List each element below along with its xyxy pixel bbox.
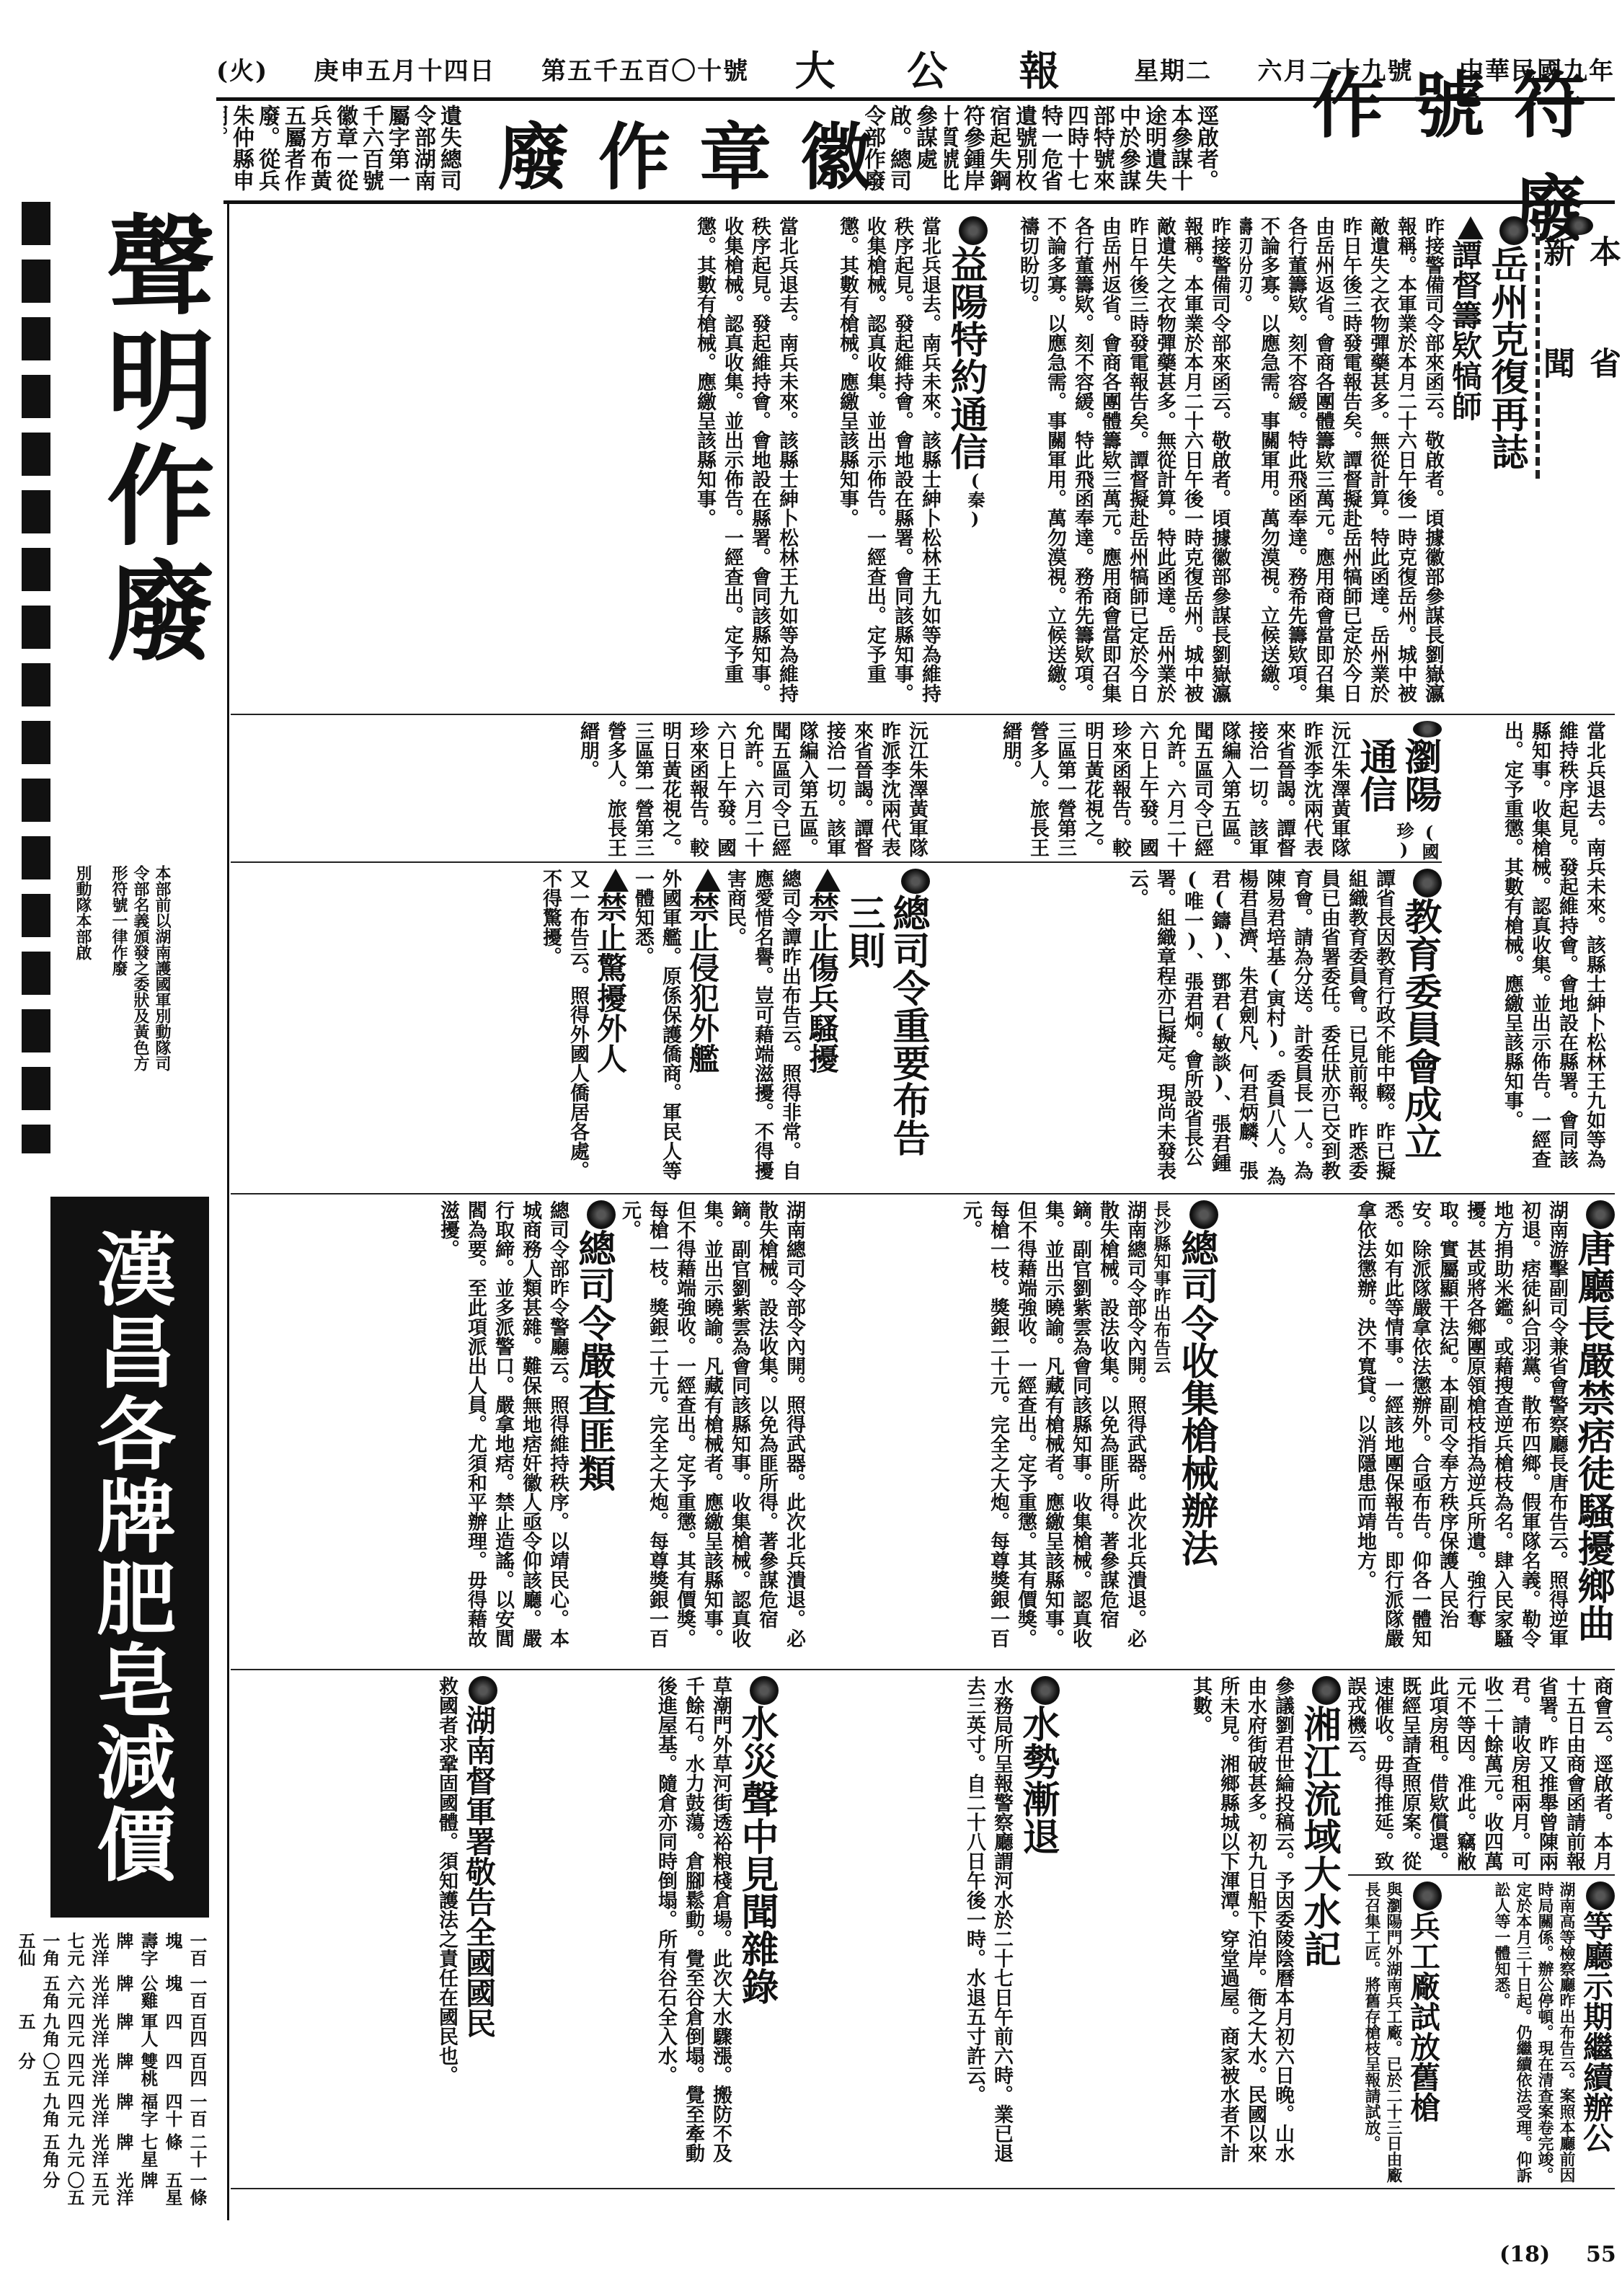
ad-statement-void-signature: 別動隊本部啟 (72, 865, 94, 1081)
ad-soap: 漢昌各牌肥皂減價廣告 一百塊 壽字牌 光洋七元一角五仙 一百塊 公雞牌 光洋六元… (22, 1197, 223, 2206)
article-body: 草潮門外草河街透裕粮棧倉場。此次大水驟漲。搬防不及千餘石。水力鼓蕩。倉腳鬆動。覺… (652, 1676, 734, 2181)
section-chain-decoration (1535, 223, 1540, 483)
ad-soap-title: 漢昌各牌肥皂減價廣告 (50, 1197, 209, 1918)
proclamation-title: 禁止驚擾外人 (591, 892, 629, 1073)
triangle-bullet-icon (603, 869, 629, 892)
row-rule-4 (231, 1669, 1615, 1670)
article-arms-cont: 湖南總司令部令內開。照得武器。此次北兵潰退。必散失槍械。設法收集。以免為匪所得。… (616, 1200, 807, 1662)
article-arsenal: 兵工廠試放舊槍 與瀏陽門外湖南兵工廠。已於二十三日由廠長召集工匠。將舊存槍枝呈報… (1348, 1881, 1442, 2184)
article-headline: 水災聲中見聞雜錄 (734, 1705, 779, 2005)
article-court: 等廳示期繼續辦公 湖南高等檢察廳昨出布告云。案照本廳前因時局關係。辦公停頓。現在… (1449, 1881, 1615, 2184)
article-bullet-icon (1031, 1676, 1060, 1705)
article-body: 湖南高等檢察廳昨出布告云。案照本廳前因時局關係。辦公停頓。現在清查案卷完竣。定於… (1491, 1881, 1577, 2184)
price-row: 一百四十 福字牌 光洋四元九角 (50, 2093, 209, 2130)
ad-statement-void: 聲明作廢 本部前以湖南護國軍別動隊司令部名義頒發之委狀及黃色方形符號一律作廢 別… (7, 180, 223, 1175)
article-headline: 教育委員會成立 (1397, 897, 1442, 1160)
bottom-rule (231, 2188, 1615, 2189)
article-subhead: 譚督籌欵犒師 (1446, 239, 1484, 421)
article-bullet-icon (959, 216, 988, 245)
article-body: 與瀏陽門外湖南兵工廠。已於二十三日由廠長召集工匠。將舊存槍枝呈報請試放。 (1361, 1881, 1404, 2184)
masthead-paper-name: 大 公 報 (795, 40, 1089, 97)
article-yuezhou: 岳州克復再誌 譚督籌欵犒師 昨接警備司令部來函云。敬啟者。頃據徽部參謀長劉嶽瀛報… (1240, 216, 1528, 706)
ad-statement-void-title: 聲明作廢 (87, 209, 216, 670)
article-body: 參議劉君世綸投稿云。予因委陵陰曆本月初六日晚。山水由水府街破甚多。初九日船下泊岸… (1187, 1676, 1296, 2181)
article-headline: 湖南督軍署敬告全國國民 (460, 1705, 497, 2038)
ad-badge-void-title: 徽章作廢 (497, 99, 901, 203)
article-bullet-icon (1413, 869, 1442, 897)
price-row: 百四四 軍人牌 光洋四元九角五 (50, 2013, 209, 2050)
row-rule-5 (1348, 1874, 1615, 1876)
article-body: 水務局所呈報警察廳謂河水於二十七日午前六時。業已退去三英寸。自二十八日午後一時。… (960, 1676, 1015, 2181)
proclamation-body: 又一布告云。照得外國人僑居各處。不得驚擾。 (536, 869, 591, 1186)
row-rule-1 (231, 714, 1615, 715)
page-index: (18) (1499, 2242, 1550, 2267)
article-bullet-icon (1413, 1881, 1442, 1910)
masthead-weekday: 星期二 (1134, 51, 1212, 87)
price-row: 百四四 雙桃牌 光洋四元〇五分 (50, 2052, 209, 2090)
page-number: 55 (1586, 2242, 1616, 2267)
article-bullet-icon (1586, 1881, 1615, 1910)
article-governor-notice: 湖南督軍署敬告全國國民 救國者求鞏固國體。須知護法之責任在國民也。 (238, 1676, 497, 2181)
article-flood-misc: 水災聲中見聞雜錄 草潮門外草河街透裕粮棧倉場。此次大水驟漲。搬防不及千餘石。水力… (505, 1676, 779, 2181)
row-rule-2 (231, 861, 1442, 863)
article-body: 總司令部昨令警廳云。照得維持秩序。以靖民心。本城商務人類甚雜。難保無地痞奸徽人亟… (434, 1200, 571, 1662)
banner-rule (223, 200, 1615, 204)
price-row: 一百塊 壽字牌 光洋七元一角五仙 (50, 1932, 209, 1972)
article-body: 譚省長因教育行政不能中輟。昨已擬組織教育委員會。已見前報。昨悉委員已由省署委任。… (1123, 869, 1397, 1186)
ad-badge-void-body-a: 參謀處啟。總司令部作廢聲明。茲於本月二十七號遺失湖南總司令部徽章一枚。特此聲明作… (865, 105, 937, 195)
article-bullet-icon (469, 1676, 497, 1705)
article-headline: 等廳示期繼續辦公 (1577, 1910, 1615, 2153)
price-row: 一百塊 公雞牌 光洋六元五角 (50, 1974, 209, 2009)
article-headline: 湘江流域大水記 (1296, 1705, 1341, 1967)
masthead-issue: 第五千五百〇十號 (541, 51, 749, 87)
article-liuyang: 瀏陽通信 (國珍) 沅江朱澤黃軍隊昨派李沈兩代表來省晉謁。譚督接洽一切。該軍隊編… (937, 721, 1442, 865)
article-arms: 總司令收集槍械辦法 長沙縣知事昨出布告云 湖南總司令部令內開。照得武器。此次北兵… (815, 1200, 1218, 1662)
triangle-bullet-icon (695, 869, 721, 892)
masthead-lunar-date: 庚申五月十四日 (314, 51, 496, 87)
triangle-bullet-icon (815, 869, 841, 892)
article-education: 教育委員會成立 譚省長因教育行政不能中輟。昨已擬組織教育委員會。已見前報。昨悉委… (937, 869, 1442, 1186)
article-bullet-icon (1413, 721, 1442, 737)
article-headline: 岳州克復再誌 (1484, 245, 1528, 470)
triangle-bullet-icon (1458, 216, 1484, 239)
proclamation-body: 外國軍艦。原係保護僑商。軍民人等一體知悉。 (629, 869, 683, 1186)
ad-border-decoration (22, 202, 50, 1153)
article-yuezhou-cont: 昨接警備司令部來函云。敬啟者。頃據徽部參謀長劉嶽瀛報稱。本軍業於本月二十六日午後… (995, 216, 1233, 706)
article-headline: 兵工廠試放舊槍 (1404, 1910, 1442, 2122)
article-bullet-icon (1189, 1200, 1218, 1229)
price-row: 一條 五星牌 光洋五元〇五分 (50, 2171, 209, 2206)
ad-badge-void: 徽章作廢 (469, 108, 930, 195)
row-rule-3 (231, 1193, 1615, 1194)
article-subhead: 長沙縣知事昨出布告云 (1148, 1200, 1174, 1662)
article-body: 湖南總司令部令內開。照得武器。此次北兵潰退。必散失槍械。設法收集。以免為匪所得。… (957, 1200, 1148, 1662)
article-bullet-icon (1499, 216, 1528, 245)
article-body: 沅江朱澤黃軍隊昨派李沈兩代表來省晉謁。譚督接洽一切。該軍隊編入第五區。聞五區司令… (996, 721, 1352, 865)
article-headline: 總司令重要布告三則 (841, 894, 930, 1186)
article-bullet-icon (1312, 1676, 1341, 1705)
article-tax: 商會云。逕啟者。本月十五日由商會函請前報省署。昨又推舉曾陳兩君。請收房租兩月。可… (1348, 1676, 1615, 1871)
left-column-rule (227, 202, 229, 2220)
section-banner: 本 省 新 聞 (1550, 216, 1608, 490)
article-body: 當北兵退去。南兵未來。該縣士紳卜松林王九如等為維持秩序起見。發起維持會。會地設在… (833, 216, 943, 706)
article-headline: 總司令嚴查匪類 (571, 1229, 616, 1491)
article-headline: 益陽特約通信 (943, 245, 988, 470)
masthead-day-mark: (火) (216, 51, 268, 87)
article-flood-hunan: 湘江流域大水記 參議劉君世綸投稿云。予因委陵陰曆本月初六日晚。山水由水府街破甚多… (1067, 1676, 1341, 2181)
ad-badge-lost-body: 遺失總司令部湖南屬字第一千六百號徽章一從兵方布黃五屬者作廢。從兵朱仲縣申明。 (223, 105, 461, 195)
article-body: 昨接警備司令部來函云。敬啟者。頃據徽部參謀長劉嶽瀛報稱。本軍業於本月二十六日午後… (1240, 216, 1446, 706)
article-body: 湖南游擊副司令兼省會警察廳長唐布告云。照得逆軍初退。痞徒糾合羽黨。散布四鄉。假軍… (1351, 1200, 1570, 1662)
article-yiyang: 益陽特約通信 (秦) 當北兵退去。南兵未來。該縣士紳卜松林王九如等為維持秩序起見… (807, 216, 988, 706)
article-headline: 唐廳長嚴禁痞徒騷擾鄉曲 (1570, 1229, 1615, 1641)
article-tang-ban: 唐廳長嚴禁痞徒騷擾鄉曲 湖南游擊副司令兼省會警察廳長唐布告云。照得逆軍初退。痞徒… (1226, 1200, 1615, 1662)
ad-symbol-void-body: 逕啟者。本參謀十途明遺失中於參謀部特號來四時十七特一危省遺號別枚宿起失鋼符參鍾岸… (944, 105, 1218, 195)
article-tag: (秦) (962, 470, 988, 529)
article-bullet-icon (587, 1200, 616, 1229)
article-headline: 水勢漸退 (1015, 1705, 1060, 1855)
article-bullet-icon (1586, 1200, 1615, 1229)
article-bullet-icon (901, 869, 930, 894)
section-bullet-icon (1564, 216, 1593, 235)
article-tag: (國珍) (1391, 822, 1442, 865)
article-bandits: 湖南總司令部令內開。照得武器。此次北兵潰退。必散失槍械。設法收集。以免為匪所得。… (238, 1200, 807, 1662)
article-bullet-icon (750, 1676, 779, 1705)
section-banner-label: 本 省 新 聞 (1533, 235, 1622, 490)
proclamation-body: 總司令譚昨出布告云。照得非常。自應愛惜名譽。豈可藉端滋擾。不得擾害商民。 (721, 869, 803, 1186)
proclamation-title: 禁止侵犯外艦 (683, 892, 721, 1073)
proclamation-title: 禁止傷兵騷擾 (803, 892, 841, 1073)
article-yiyang-cont: 當北兵退去。南兵未來。該縣士紳卜松林王九如等為維持秩序起見。發起維持會。會地設在… (238, 216, 800, 706)
article-headline: 瀏陽通信 (1352, 737, 1442, 823)
article-body: 救國者求鞏固國體。須知護法之責任在國民也。 (433, 1676, 460, 2181)
article-proclamations: 總司令重要布告三則 禁止傷兵騷擾 總司令譚昨出布告云。照得非常。自應愛惜名譽。豈… (238, 869, 930, 1186)
article-liuyang-cont: 沅江朱澤黃軍隊昨派李沈兩代表來省晉謁。譚督接洽一切。該軍隊編入第五區。聞五區司令… (238, 721, 930, 858)
ad-statement-void-note: 本部前以湖南護國軍別動隊司令部名義頒發之委狀及黃色方形符號一律作廢 (108, 865, 173, 1081)
article-flood-report: 水勢漸退 水務局所呈報警察廳謂河水於二十七日午前六時。業已退去三英寸。自二十八日… (786, 1676, 1060, 2181)
article-yiyang-tail: 當北兵退去。南兵未來。該縣士紳卜松林王九如等為維持秩序起見。發起維持會。會地設在… (1449, 721, 1608, 1182)
ad-soap-price-table: 一百塊 壽字牌 光洋七元一角五仙 一百塊 公雞牌 光洋六元五角 百四四 軍人牌 … (50, 1932, 209, 2206)
ad-symbol-void: 符號作廢 (1226, 108, 1615, 195)
article-headline: 總司令收集槍械辦法 (1174, 1229, 1218, 1566)
price-row: 二十條 七星牌 光洋九元五角 (50, 2133, 209, 2168)
